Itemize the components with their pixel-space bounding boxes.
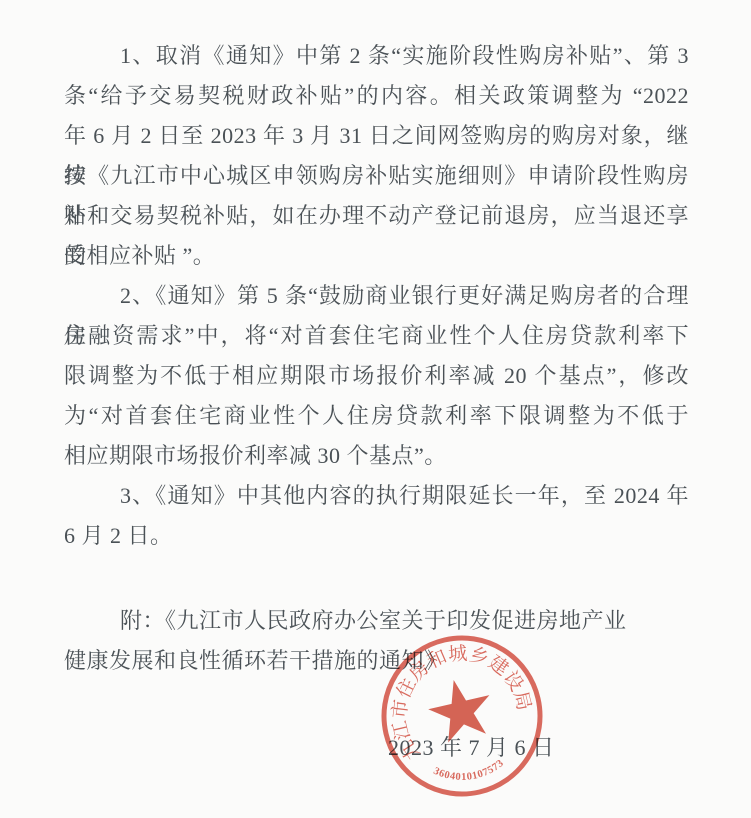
body-line: 按《九江市中心城区申领购房补贴实施细则》申请阶段性购房补 — [64, 156, 689, 196]
official-seal: 九江市住房和城乡建设局 3604010107573 — [375, 629, 549, 803]
body-line: 条“给予交易契税财政补贴”的内容。相关政策调整为 “2022 — [64, 76, 689, 116]
body-line: 1、取消《通知》中第 2 条“实施阶段性购房补贴”、第 3 — [64, 36, 689, 76]
body-line: 3、《通知》中其他内容的执行期限延长一年，至 2024 年 — [64, 476, 689, 516]
body-line: 6 月 2 日。 — [64, 516, 689, 556]
body-line: 2、《通知》第 5 条“鼓励商业银行更好满足购房者的合理住 — [64, 276, 689, 316]
body-line: 年 6 月 2 日至 2023 年 3 月 31 日之间网签购房的购房对象，继续 — [64, 116, 689, 156]
body-line: 为“对首套住宅商业性个人住房贷款利率下限调整为不低于 — [64, 396, 689, 436]
star-icon — [423, 673, 498, 745]
document-page: 1、取消《通知》中第 2 条“实施阶段性购房补贴”、第 3 条“给予交易契税财政… — [0, 0, 751, 818]
body-line: 相应期限市场报价利率减 30 个基点”。 — [64, 436, 689, 476]
body-line: 的相应补贴 ”。 — [64, 236, 689, 276]
body-line: 房融资需求”中，将“对首套住宅商业性个人住房贷款利率下 — [64, 316, 689, 356]
body-line: 贴和交易契税补贴，如在办理不动产登记前退房，应当退还享受 — [64, 196, 689, 236]
body-line: 限调整为不低于相应期限市场报价利率减 20 个基点”，修改 — [64, 356, 689, 396]
